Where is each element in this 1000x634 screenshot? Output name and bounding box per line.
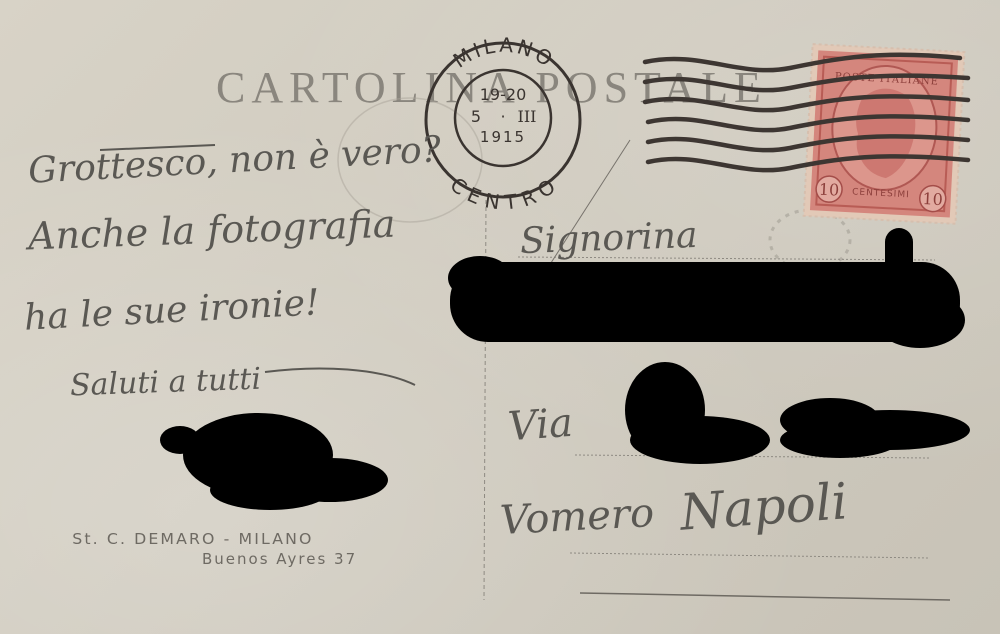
printer-imprint-line-1: St. C. DEMARO - MILANO [72, 530, 313, 548]
postcard-back: CARTOLINA POSTALE MILANO CENTRO 19-20 5 … [0, 0, 1000, 634]
printer-imprint-line-2: Buenos Ayres 37 [202, 550, 357, 568]
